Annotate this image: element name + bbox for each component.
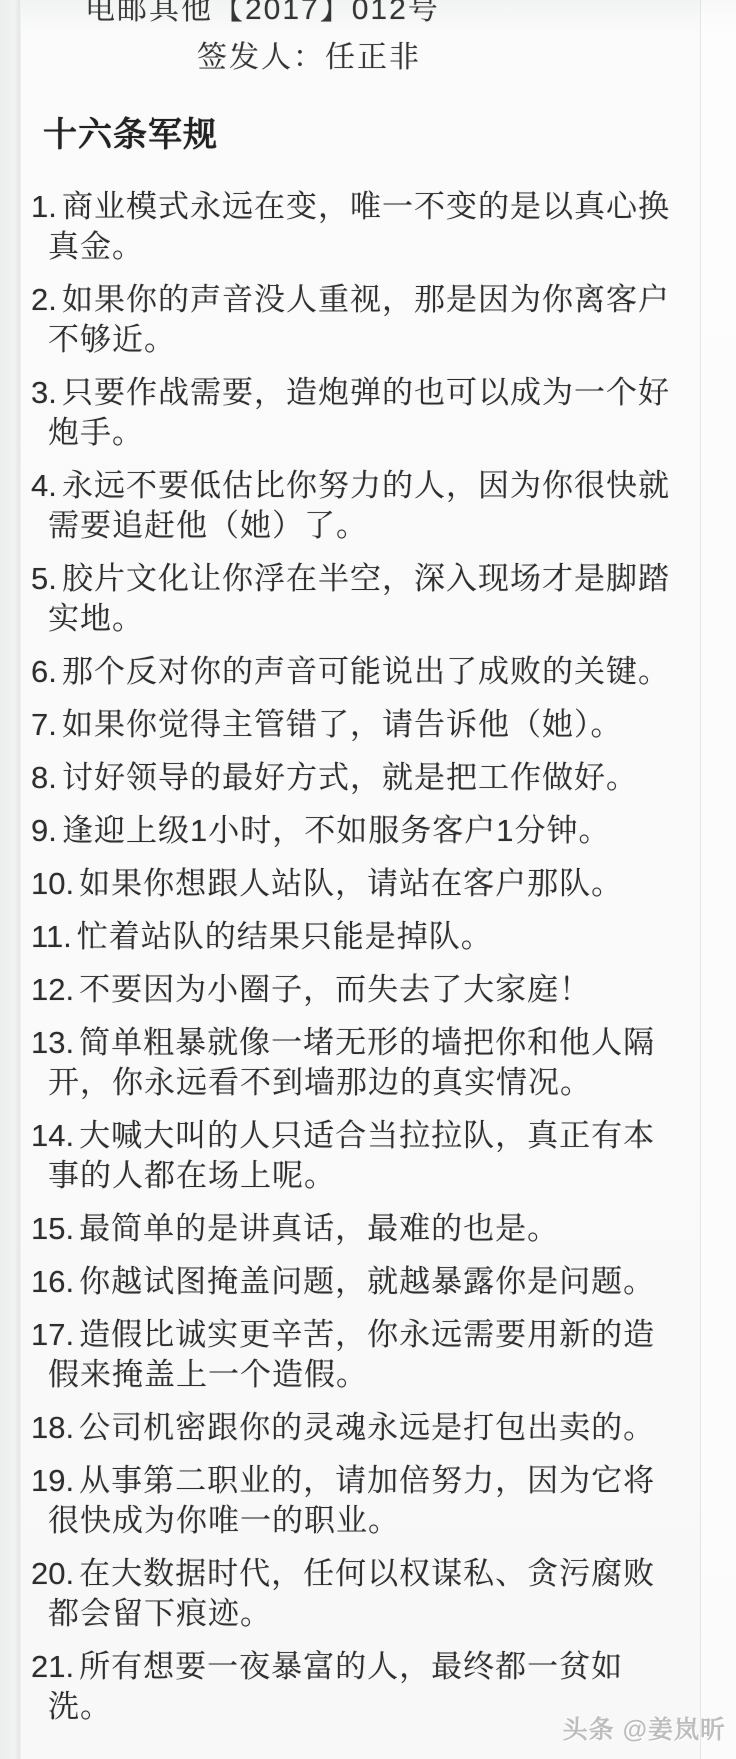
- rule-number: 6.: [31, 652, 57, 692]
- rule-number: 12.: [31, 970, 74, 1010]
- document-content: 电邮其他【2017】012号 签发人：任正非 十六条军规 1.商业模式永远在变，…: [0, 0, 736, 1727]
- rule-number: 20.: [31, 1554, 74, 1594]
- watermark: 头条 @姜岚昕: [563, 1710, 726, 1746]
- rule-number: 18.: [31, 1408, 74, 1448]
- rule-number: 4.: [31, 466, 57, 506]
- rule-item: 3.只要作战需要，造炮弹的也可以成为一个好炮手。: [31, 373, 696, 453]
- rule-number: 2.: [31, 280, 57, 320]
- rule-item: 16.你越试图掩盖问题，就越暴露你是问题。: [31, 1262, 696, 1302]
- rule-text: 你越试图掩盖问题，就越暴露你是问题。: [79, 1264, 655, 1299]
- rule-text: 简单粗暴就像一堵无形的墙把你和他人隔开，你永远看不到墙那边的真实情况。: [48, 1025, 655, 1100]
- rule-number: 13.: [31, 1023, 74, 1063]
- rule-text: 胶片文化让你浮在半空，深入现场才是脚踏实地。: [48, 561, 670, 636]
- rule-text: 只要作战需要，造炮弹的也可以成为一个好炮手。: [48, 375, 670, 450]
- rule-text: 如果你觉得主管错了，请告诉他（她）。: [62, 707, 623, 742]
- rule-number: 14.: [31, 1116, 74, 1156]
- rule-item: 17.造假比诚实更辛苦，你永远需要用新的造假来掩盖上一个造假。: [31, 1315, 696, 1395]
- rule-item: 18.公司机密跟你的灵魂永远是打包出卖的。: [31, 1408, 696, 1448]
- signer-line: 签发人：任正非: [197, 38, 736, 78]
- rule-item: 6.那个反对你的声音可能说出了成败的关键。: [31, 652, 696, 692]
- rule-text: 逢迎上级1小时，不如服务客户1分钟。: [62, 813, 610, 848]
- rule-number: 17.: [31, 1315, 74, 1355]
- rule-number: 21.: [31, 1647, 74, 1687]
- rule-text: 不要因为小圈子，而失去了大家庭！: [79, 972, 591, 1007]
- rule-number: 1.: [31, 187, 57, 227]
- rule-number: 3.: [31, 373, 57, 413]
- rule-item: 2.如果你的声音没人重视，那是因为你离客户不够近。: [31, 280, 696, 360]
- rule-item: 15.最简单的是讲真话，最难的也是。: [31, 1209, 696, 1249]
- rule-item: 1.商业模式永远在变，唯一不变的是以真心换真金。: [31, 187, 696, 267]
- doc-number-line: 电邮其他【2017】012号: [85, 0, 736, 30]
- document-page: 电邮其他【2017】012号 签发人：任正非 十六条军规 1.商业模式永远在变，…: [0, 0, 736, 1759]
- rule-item: 10.如果你想跟人站队，请站在客户那队。: [31, 864, 696, 904]
- rule-item: 4.永远不要低估比你努力的人，因为你很快就需要追赶他（她）了。: [31, 466, 696, 546]
- rule-number: 10.: [31, 864, 74, 904]
- rule-item: 8.讨好领导的最好方式，就是把工作做好。: [31, 758, 696, 798]
- rule-text: 大喊大叫的人只适合当拉拉队，真正有本事的人都在场上呢。: [48, 1118, 655, 1193]
- rule-number: 11.: [31, 917, 72, 957]
- rule-item: 7.如果你觉得主管错了，请告诉他（她）。: [31, 705, 696, 745]
- rule-text: 最简单的是讲真话，最难的也是。: [79, 1211, 559, 1246]
- rule-text: 永远不要低估比你努力的人，因为你很快就需要追赶他（她）了。: [48, 468, 670, 543]
- rule-text: 造假比诚实更辛苦，你永远需要用新的造假来掩盖上一个造假。: [48, 1317, 655, 1392]
- rule-text: 忙着站队的结果只能是掉队。: [77, 919, 493, 954]
- rule-item: 9.逢迎上级1小时，不如服务客户1分钟。: [31, 811, 696, 851]
- rule-item: 20.在大数据时代，任何以权谋私、贪污腐败都会留下痕迹。: [31, 1554, 696, 1634]
- rule-item: 19.从事第二职业的，请加倍努力，因为它将很快成为你唯一的职业。: [31, 1461, 696, 1541]
- rule-text: 讨好领导的最好方式，就是把工作做好。: [62, 760, 638, 795]
- rule-item: 5.胶片文化让你浮在半空，深入现场才是脚踏实地。: [31, 559, 696, 639]
- rule-item: 14.大喊大叫的人只适合当拉拉队，真正有本事的人都在场上呢。: [31, 1116, 696, 1196]
- rule-item: 13.简单粗暴就像一堵无形的墙把你和他人隔开，你永远看不到墙那边的真实情况。: [31, 1023, 696, 1103]
- rule-text: 公司机密跟你的灵魂永远是打包出卖的。: [79, 1410, 655, 1445]
- page-title: 十六条军规: [43, 112, 736, 158]
- rules-list: 1.商业模式永远在变，唯一不变的是以真心换真金。 2.如果你的声音没人重视，那是…: [31, 187, 696, 1727]
- rule-item: 11.忙着站队的结果只能是掉队。: [31, 917, 696, 957]
- rule-text: 商业模式永远在变，唯一不变的是以真心换真金。: [48, 189, 670, 264]
- rule-number: 8.: [31, 758, 57, 798]
- rule-text: 从事第二职业的，请加倍努力，因为它将很快成为你唯一的职业。: [48, 1463, 655, 1538]
- rule-text: 在大数据时代，任何以权谋私、贪污腐败都会留下痕迹。: [48, 1556, 655, 1631]
- rule-text: 那个反对你的声音可能说出了成败的关键。: [62, 654, 670, 689]
- rule-number: 5.: [31, 559, 57, 599]
- rule-number: 9.: [31, 811, 57, 851]
- rule-text: 所有想要一夜暴富的人，最终都一贫如洗。: [48, 1649, 623, 1724]
- rule-number: 7.: [31, 705, 57, 745]
- rule-text: 如果你想跟人站队，请站在客户那队。: [79, 866, 623, 901]
- rule-item: 12.不要因为小圈子，而失去了大家庭！: [31, 970, 696, 1010]
- rule-number: 19.: [31, 1461, 74, 1501]
- rule-text: 如果你的声音没人重视，那是因为你离客户不够近。: [48, 282, 670, 357]
- rule-number: 15.: [31, 1209, 74, 1249]
- rule-number: 16.: [31, 1262, 74, 1302]
